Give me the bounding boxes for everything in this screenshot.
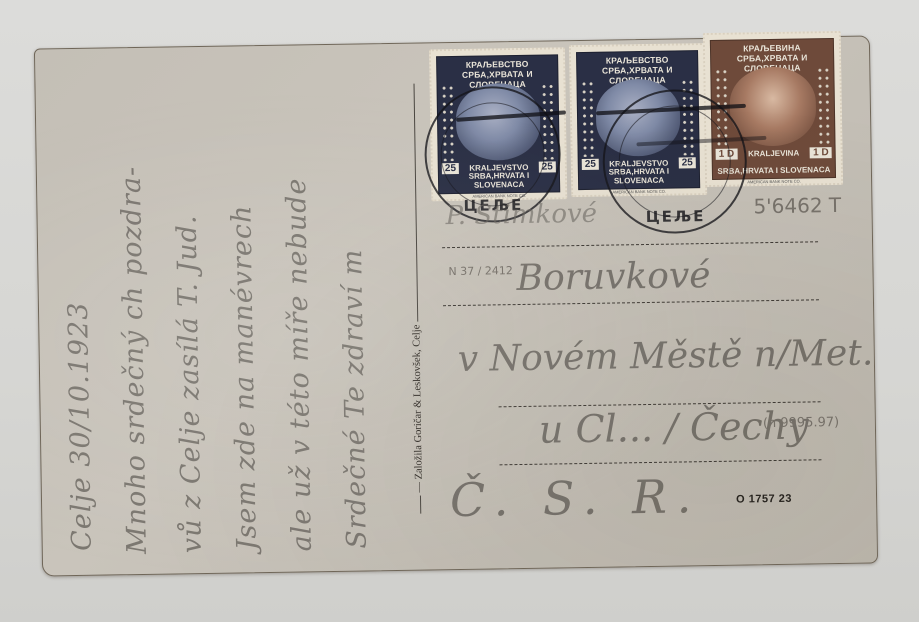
address-line-3: v Novém Městě n/Met. <box>458 332 874 380</box>
address-line-1: P. Stimkové <box>445 199 597 231</box>
address-line <box>499 459 821 465</box>
stamp-bottom-text: KRALJEVINA <box>741 148 807 158</box>
print-code: O 1757 23 <box>736 493 792 506</box>
pencil-note-reference: 5'6462 T <box>753 193 841 218</box>
stamp-ornament <box>580 80 595 157</box>
publisher-imprint-text: — Založila Goričar & Leskovšek, Celje <box>411 322 425 496</box>
message-line: Mnoho srdečný ch pozdra- <box>116 166 153 555</box>
pencil-note-code: (h 9995.97) <box>763 415 840 431</box>
message-line: Jsem zde na manévrech <box>226 204 262 550</box>
postmark-city: ЦЕЉЕ <box>605 206 745 226</box>
address-line-2: Boruvkové <box>516 255 711 299</box>
stamp-value: 1 D <box>810 147 832 158</box>
address-line-5: Č. S. R. <box>450 469 702 527</box>
address-line <box>442 241 818 248</box>
postmark-ring <box>618 105 732 219</box>
handwritten-message: Celje 30/10.1923 Mnoho srdečný ch pozdra… <box>49 62 407 557</box>
message-line: Celje 30/10.1923 <box>63 301 98 551</box>
postcard: Celje 30/10.1923 Mnoho srdečný ch pozdra… <box>34 35 878 576</box>
pencil-note-number: N 37 / 2412 <box>448 264 513 278</box>
address-line <box>443 299 819 306</box>
message-line: Srdečné Te zdraví m <box>337 249 373 549</box>
message-line: vů z Celje zasílá T. Jud. <box>172 214 208 553</box>
publisher-imprint: — Založila Goričar & Leskovšek, Celje <box>409 196 428 496</box>
message-line: ale už v této míře nebude <box>281 177 318 551</box>
stamp-ornament <box>816 66 831 145</box>
